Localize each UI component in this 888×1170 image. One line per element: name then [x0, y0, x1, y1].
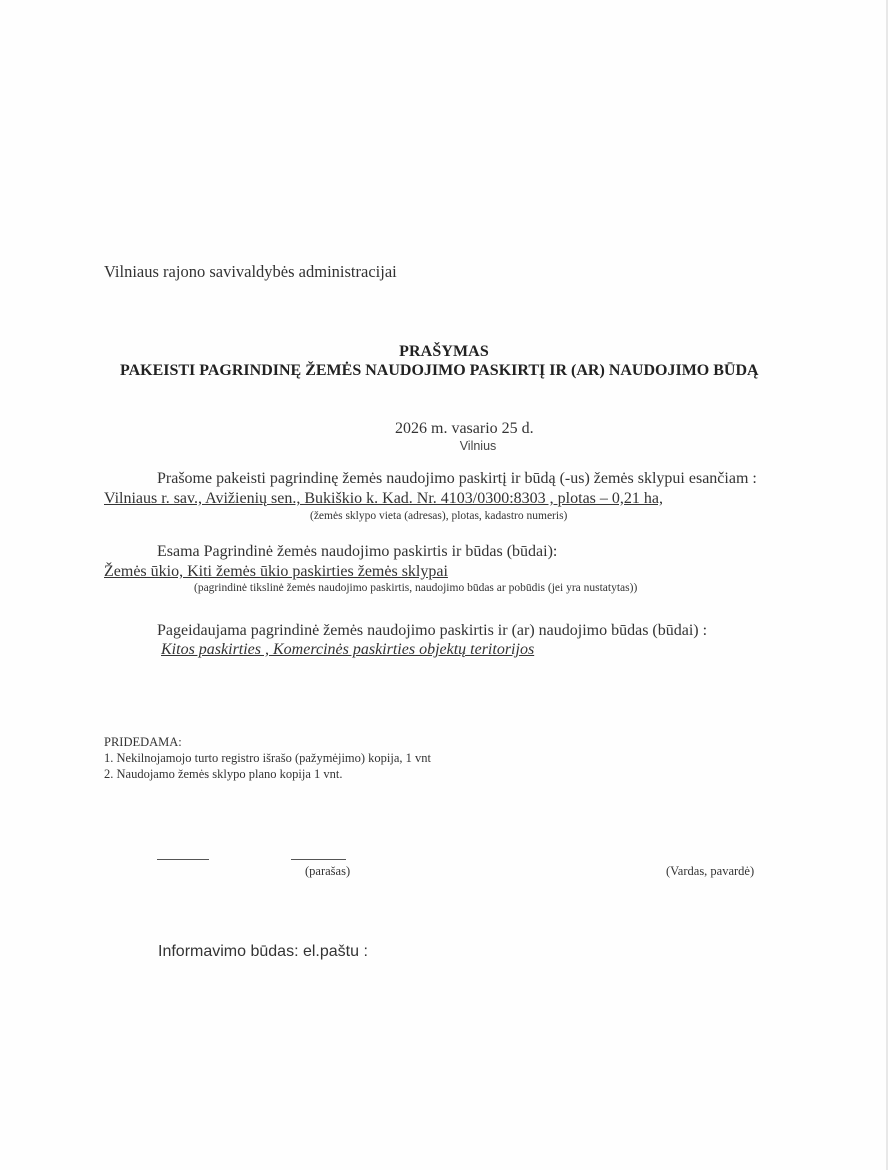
current-purpose-value: Žemės ūkio, Kiti žemės ūkio paskirties ž… [104, 563, 448, 581]
name-surname-label: (Vardas, pavardė) [666, 864, 754, 879]
addressee: Vilniaus rajono savivaldybės administrac… [104, 262, 397, 282]
plot-address-note: (žemės sklypo vieta (adresas), plotas, k… [310, 510, 567, 522]
request-text: Prašome pakeisti pagrindinę žemės naudoj… [157, 470, 757, 488]
attachment-item: 1. Nekilnojamojo turto registro išrašo (… [104, 751, 431, 766]
signature-label: (parašas) [305, 864, 350, 879]
document-title: PRAŠYMAS [0, 343, 888, 361]
current-purpose-label: Esama Pagrindinė žemės naudojimo paskirt… [157, 543, 557, 561]
document-subtitle: PAKEISTI PAGRINDINĘ ŽEMĖS NAUDOJIMO PASK… [120, 362, 759, 380]
plot-address-value: Vilniaus r. sav., Avižienių sen., Bukišk… [104, 490, 663, 508]
desired-purpose-value: Kitos paskirties , Komercinės paskirties… [161, 641, 534, 659]
current-purpose-note: (pagrindinė tikslinė žemės naudojimo pas… [194, 582, 637, 594]
desired-purpose-label: Pageidaujama pagrindinė žemės naudojimo … [157, 622, 707, 640]
inform-method: Informavimo būdas: el.paštu : [158, 943, 368, 961]
document-date: 2026 m. vasario 25 d. [395, 420, 534, 438]
document-place: Vilnius [0, 439, 888, 453]
attachment-item: 2. Naudojamo žemės sklypo plano kopija 1… [104, 767, 343, 782]
document-page: Vilniaus rajono savivaldybės administrac… [0, 0, 888, 1170]
attachments-heading: PRIDEDAMA: [104, 735, 182, 750]
signature-line [291, 859, 346, 860]
signature-line-blank [157, 859, 209, 860]
